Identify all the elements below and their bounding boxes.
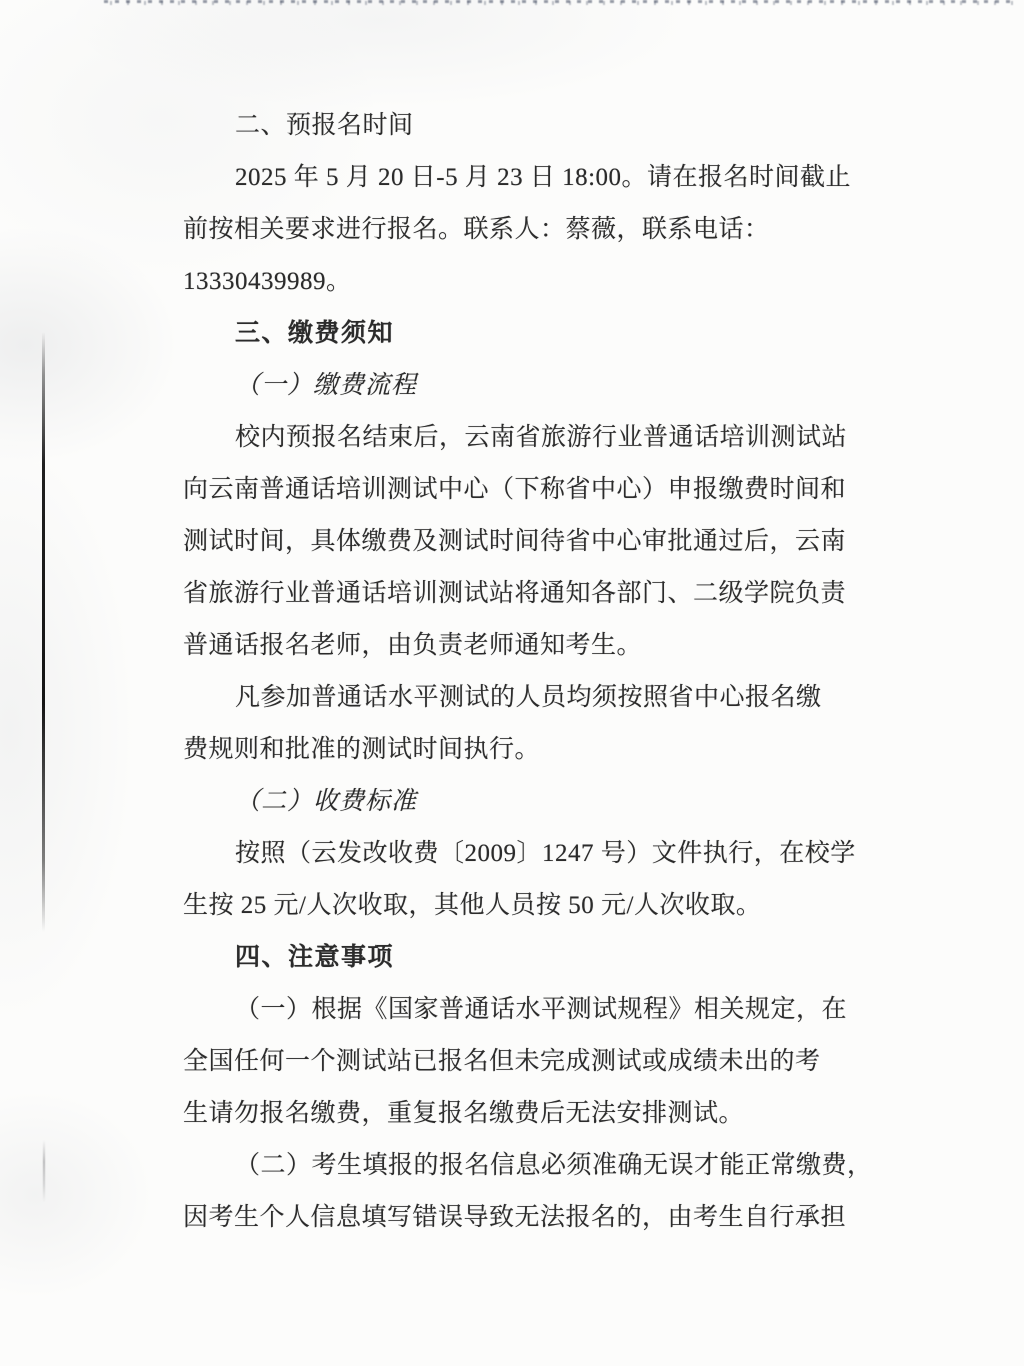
text-line: （二）考生填报的报名信息必须准确无误才能正常缴费，	[183, 1140, 873, 1192]
text-line: （一）根据《国家普通话水平测试规程》相关规定，在	[183, 984, 873, 1036]
text-line: 全国任何一个测试站已报名但未完成测试或成绩未出的考	[183, 1036, 873, 1088]
text-line: 校内预报名结束后，云南省旅游行业普通话培训测试站	[183, 412, 873, 464]
text-line: 普通话报名老师，由负责老师通知考生。	[183, 620, 873, 672]
scan-fold-line-faint-artifact	[43, 1140, 45, 1202]
document-body: 二、预报名时间 2025 年 5 月 20 日-5 月 23 日 18:00。请…	[183, 100, 873, 1244]
text-line: 向云南普通话培训测试中心（下称省中心）申报缴费时间和	[183, 464, 873, 516]
scan-fold-line-artifact	[42, 332, 45, 932]
text-line: 测试时间，具体缴费及测试时间待省中心审批通过后，云南	[183, 516, 873, 568]
text-line: 凡参加普通话水平测试的人员均须按照省中心报名缴	[183, 672, 873, 724]
text-line: 按照（云发改收费〔2009〕1247 号）文件执行，在校学	[183, 828, 873, 880]
text-line: 生请勿报名缴费，重复报名缴费后无法安排测试。	[183, 1088, 873, 1140]
text-line: 因考生个人信息填写错误导致无法报名的，由考生自行承担	[183, 1192, 873, 1244]
text-line: 费规则和批准的测试时间执行。	[183, 724, 873, 776]
subheading-payment-process: （一）缴费流程	[183, 360, 873, 412]
scanned-document-page: 二、预报名时间 2025 年 5 月 20 日-5 月 23 日 18:00。请…	[0, 0, 1024, 1366]
clipped-text-strip-artifact	[104, 0, 1016, 6]
heading-pre-registration-time: 二、预报名时间	[183, 100, 873, 152]
heading-payment-notice: 三、缴费须知	[183, 308, 873, 360]
text-line: 生按 25 元/人次收取，其他人员按 50 元/人次收取。	[183, 880, 873, 932]
text-line: 2025 年 5 月 20 日-5 月 23 日 18:00。请在报名时间截止	[183, 152, 873, 204]
subheading-fee-standard: （二）收费标准	[183, 776, 873, 828]
text-line: 前按相关要求进行报名。联系人：蔡薇，联系电话：	[183, 204, 873, 256]
text-line: 省旅游行业普通话培训测试站将通知各部门、二级学院负责	[183, 568, 873, 620]
contact-phone-number: 13330439989。	[183, 256, 873, 308]
heading-notes: 四、注意事项	[183, 932, 873, 984]
